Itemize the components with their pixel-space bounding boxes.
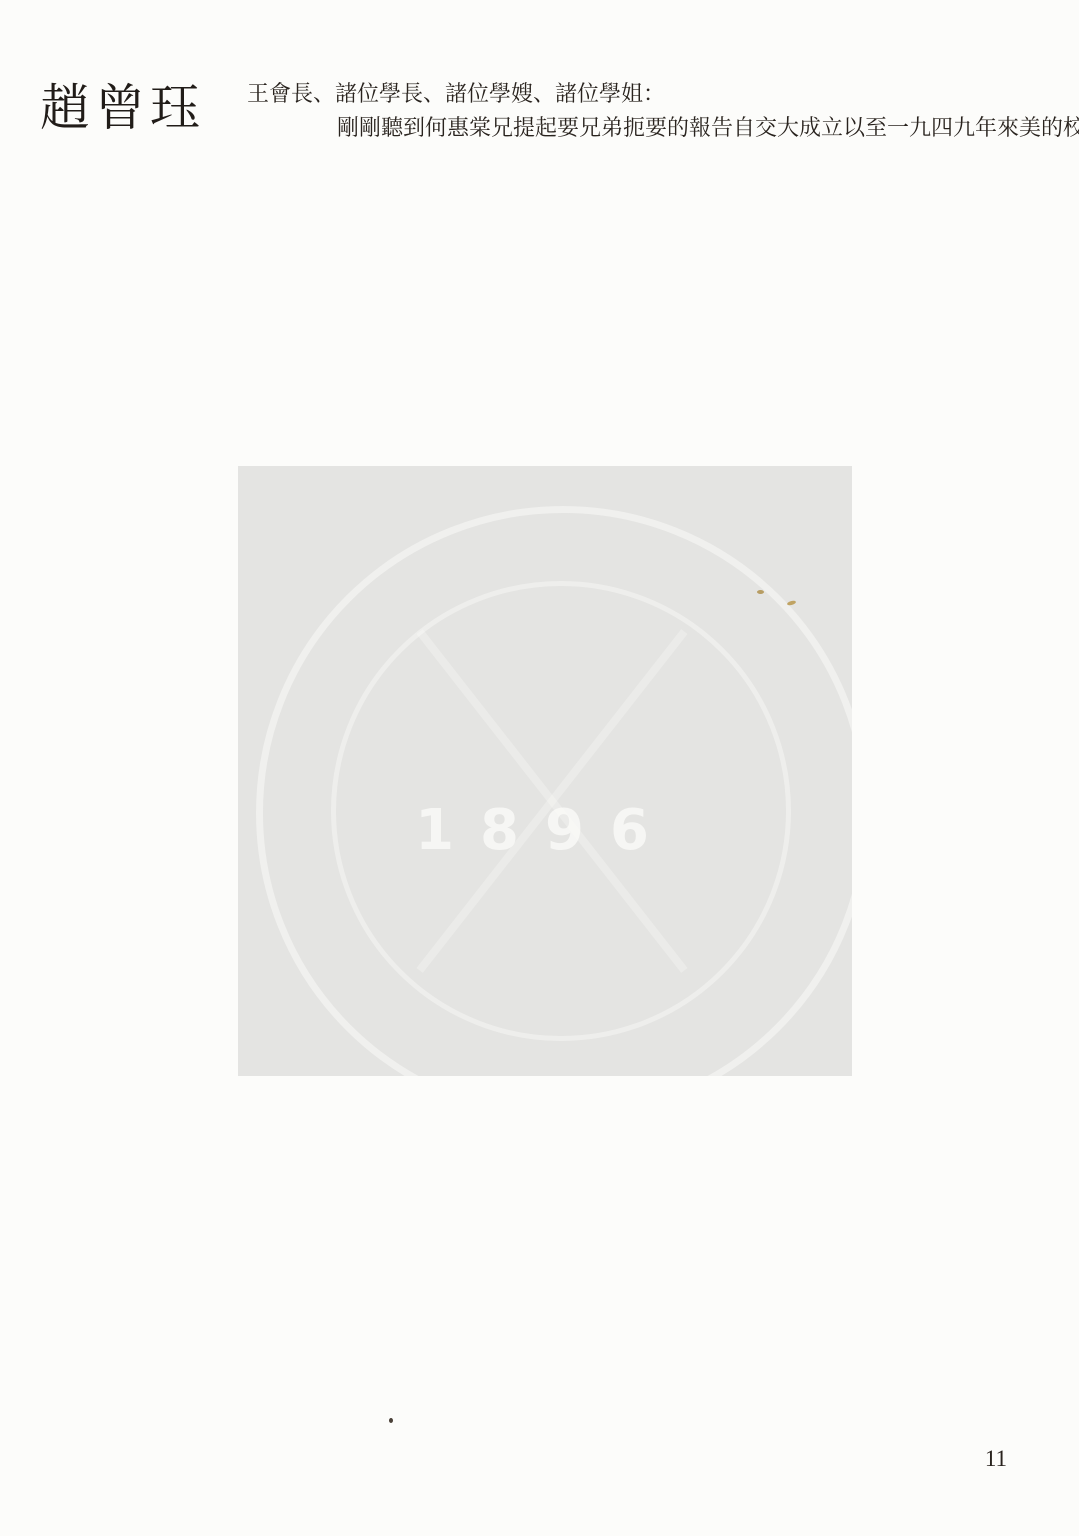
seal-year-label: 1896 xyxy=(238,798,852,863)
speaker-block: 趙曾珏王會長、諸位學長、諸位學嫂、諸位學姐：剛剛聽到何惠棠兄提起要兄弟扼要的報告… xyxy=(40,77,1046,145)
document-page: 1896 趙曾珏王會長、諸位學長、諸位學嫂、諸位學姐：剛剛聽到何惠棠兄提起要兄弟… xyxy=(0,0,1079,1536)
text-body: 趙曾珏王會長、諸位學長、諸位學嫂、諸位學姐：剛剛聽到何惠棠兄提起要兄弟扼要的報告… xyxy=(40,74,1046,145)
scan-speck xyxy=(389,1418,393,1423)
speaker-greeting-line: 王會長、諸位學長、諸位學嫂、諸位學姐： xyxy=(247,77,1079,111)
speech-lead-line: 剛剛聽到何惠棠兄提起要兄弟扼要的報告自交大成立以至一九四九年來美的校友的 xyxy=(337,111,1079,145)
photocopy-watermark-panel: 1896 xyxy=(238,466,852,1076)
speaker-text-column: 王會長、諸位學長、諸位學嫂、諸位學姐：剛剛聽到何惠棠兄提起要兄弟扼要的報告自交大… xyxy=(247,77,1079,145)
page-number: 11 xyxy=(985,1446,1007,1472)
speaker-name: 趙曾珏 xyxy=(40,77,247,145)
scan-speck xyxy=(757,590,764,594)
